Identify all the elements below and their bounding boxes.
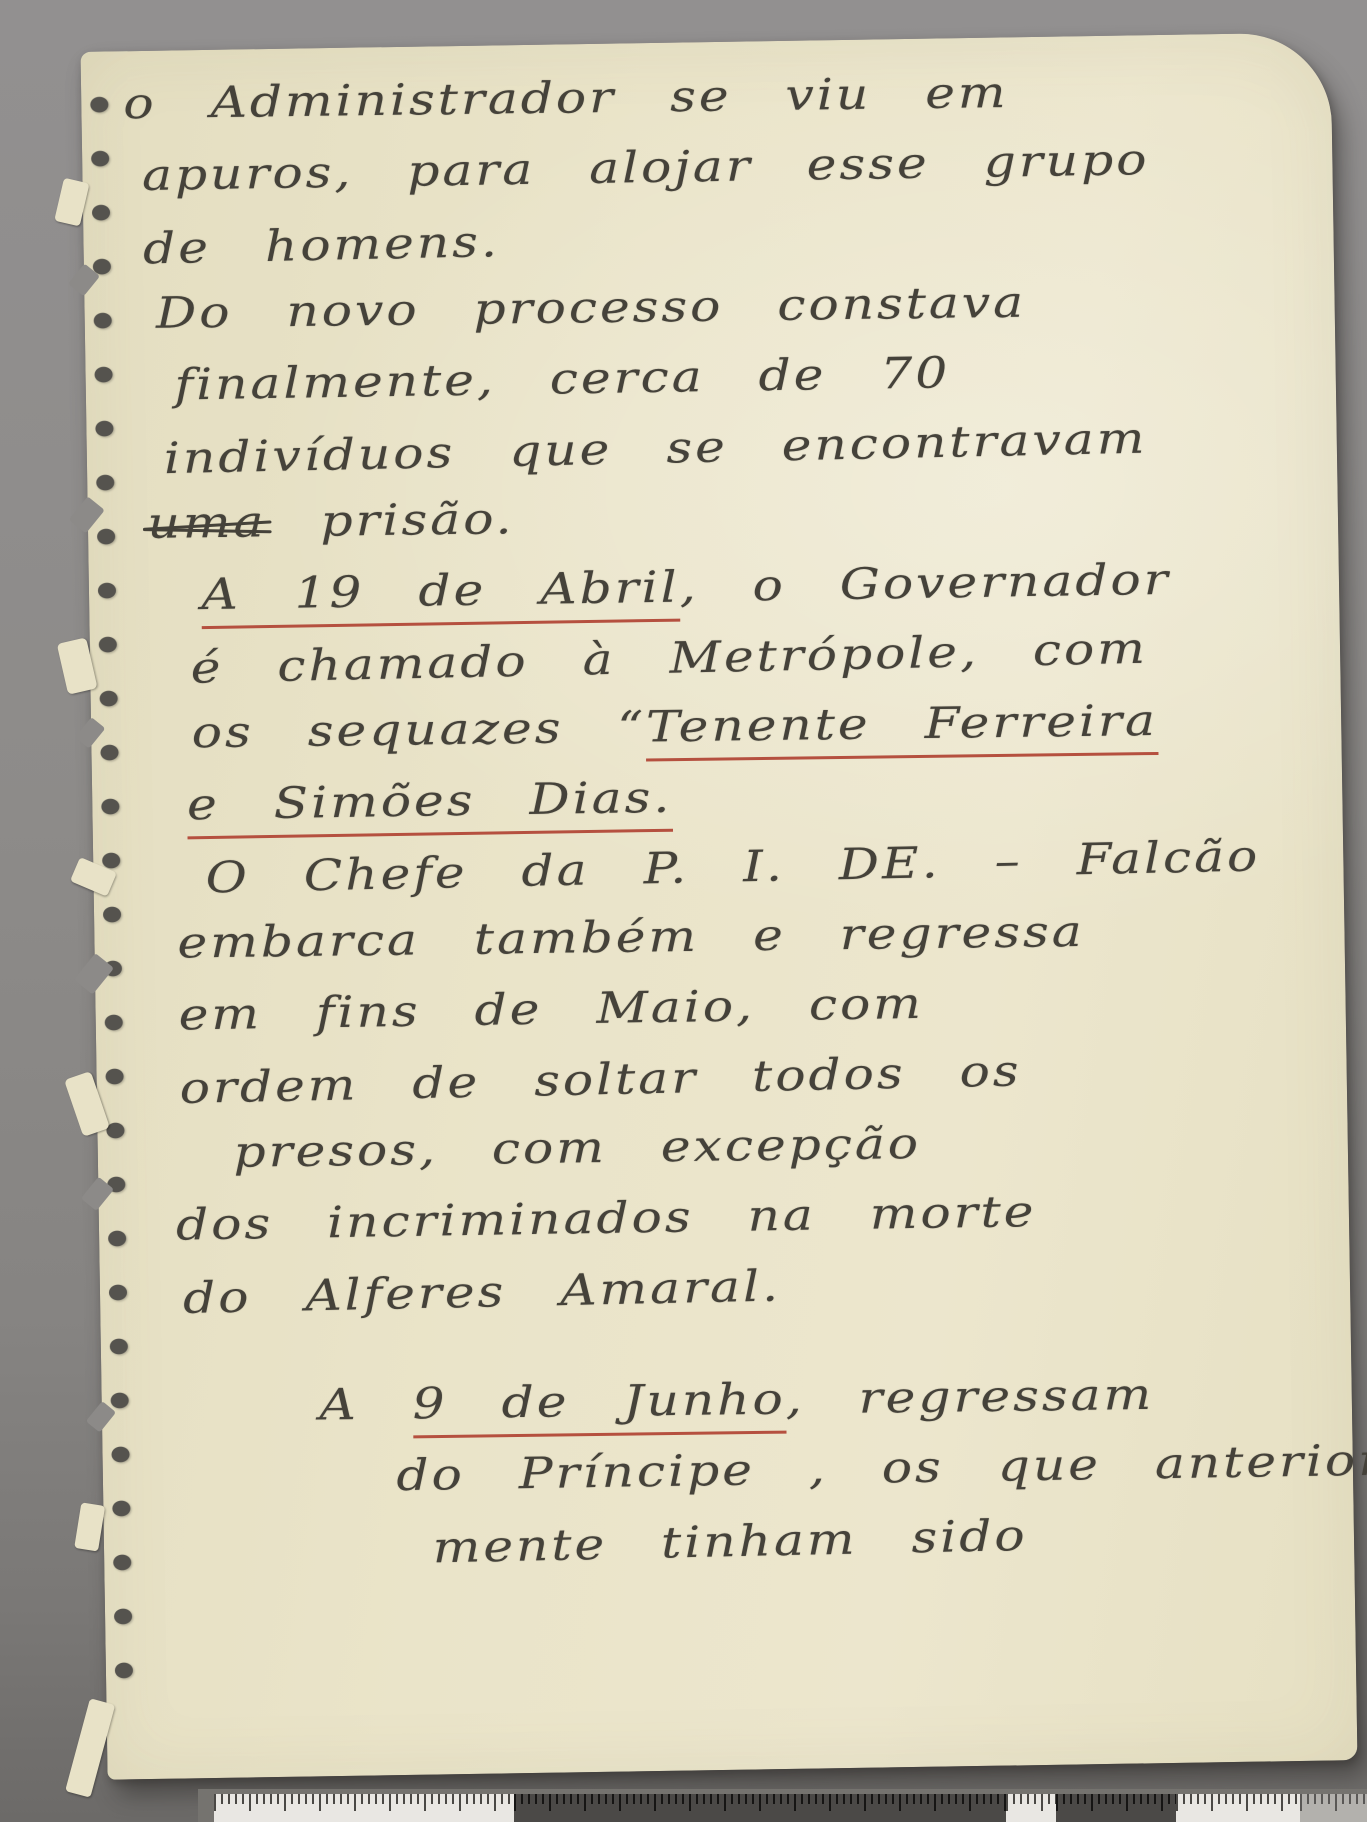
ruler-segment-white: [214, 1794, 514, 1822]
handwriting-segment: os sequazes “: [191, 703, 646, 759]
handwriting-segment: , o Governador: [679, 555, 1171, 613]
handwriting-segment: de homens.: [143, 217, 501, 274]
ruler-segment-dark: [1056, 1794, 1176, 1822]
red-underlined-text: Tenente Ferreira: [646, 696, 1158, 762]
handwriting-segment: mente tinham sido: [432, 1511, 1028, 1573]
red-underlined-text: 9 de Junho: [412, 1375, 786, 1439]
handwriting-segment: o Administrador se viu em: [123, 68, 1009, 129]
handwriting-segment: , regressam: [785, 1370, 1154, 1425]
handwriting-segment: presos, com excepção: [233, 1119, 921, 1178]
ruler-segment-dark: [514, 1794, 1006, 1822]
ruler-segment-white: [1176, 1794, 1300, 1822]
struck-out-word: uma: [147, 497, 266, 549]
handwriting-segment: prisão.: [266, 494, 515, 547]
handwriting-text: o Administrador se viu emapuros, para al…: [123, 60, 1367, 1596]
handwriting-segment: embarca também e regressa: [177, 907, 1085, 969]
red-underlined-text: e Simões Dias.: [187, 773, 673, 840]
ruler-segment-white: [1006, 1794, 1056, 1822]
manuscript-page: o Administrador se viu emapuros, para al…: [81, 32, 1358, 1779]
torn-paper-flap: [65, 1698, 115, 1797]
ruler-segment-pale: [1300, 1794, 1367, 1822]
photographic-scale-ruler: [198, 1789, 1367, 1822]
handwriting-segment: Do novo processo constava: [156, 278, 1027, 339]
handwriting-line: A 9 de Junho, regressam: [319, 1365, 1367, 1450]
handwriting-segment: A: [319, 1379, 413, 1430]
red-underlined-text: A 19 de Abril: [201, 563, 680, 630]
handwriting-segment: finalmente, cerca de 70: [174, 348, 950, 410]
photo-backdrop: o Administrador se viu emapuros, para al…: [0, 0, 1367, 1822]
handwriting-segment: do Alferes Amaral.: [182, 1261, 781, 1324]
handwriting-segment: em fins de Maio, com: [178, 979, 924, 1041]
